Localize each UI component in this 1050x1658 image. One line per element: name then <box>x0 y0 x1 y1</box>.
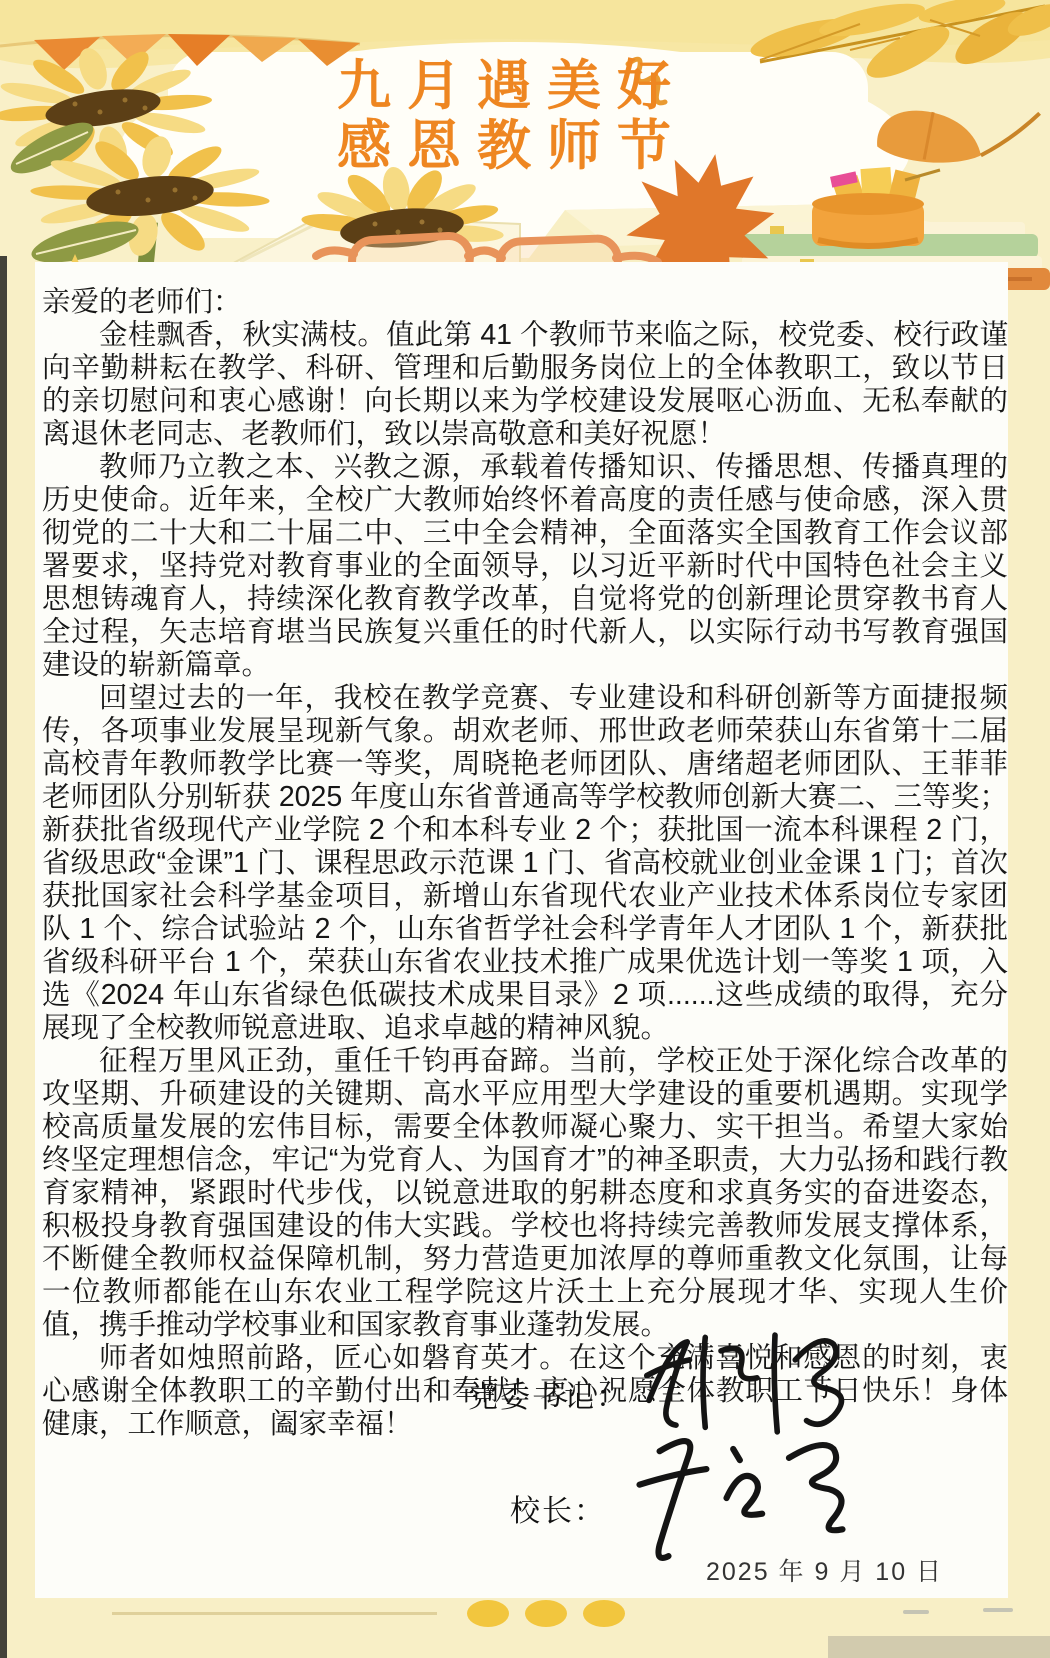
letter-date: 2025 年 9 月 10 日 <box>706 1552 943 1588</box>
teachers-day-letter-page: 九月遇美好 感恩教师节 亲爱的老师们： 金桂飘香，秋实满枝。值此第 41 个教师… <box>0 0 1050 1658</box>
page-left-edge <box>0 256 7 1658</box>
footer-dot <box>467 1600 509 1627</box>
page-title: 九月遇美好 感恩教师节 <box>182 56 842 176</box>
paragraph: 金桂飘香，秋实满枝。值此第 41 个教师节来临之际，校党委、校行政谨向辛勤耕耘在… <box>42 319 1008 451</box>
footer-dot <box>525 1600 567 1627</box>
letter-body: 亲爱的老师们： 金桂飘香，秋实满枝。值此第 41 个教师节来临之际，校党委、校行… <box>42 286 1008 1441</box>
footer-line <box>112 1612 437 1615</box>
president-signature <box>630 1420 910 1565</box>
paragraph: 回望过去的一年，我校在教学竞赛、专业建设和科研创新等方面捷报频传，各项事业发展呈… <box>42 682 1008 1045</box>
salutation: 亲爱的老师们： <box>42 286 1008 319</box>
secretary-label: 党委书记： <box>468 1372 628 1416</box>
title-line-1: 九月遇美好 <box>182 56 842 116</box>
paragraph: 征程万里风正劲，重任千钧再奋蹄。当前，学校正处于深化综合改革的攻坚期、升硕建设的… <box>42 1045 1008 1342</box>
footer-dot <box>583 1600 625 1627</box>
title-line-2: 感恩教师节 <box>182 116 842 176</box>
footer-dash <box>983 1608 1013 1612</box>
president-label: 校长： <box>510 1486 606 1530</box>
watermark-strip <box>828 1636 1050 1658</box>
footer-dash <box>903 1610 929 1614</box>
paragraph: 教师乃立教之本、兴教之源，承载着传播知识、传播思想、传播真理的历史使命。近年来，… <box>42 451 1008 682</box>
